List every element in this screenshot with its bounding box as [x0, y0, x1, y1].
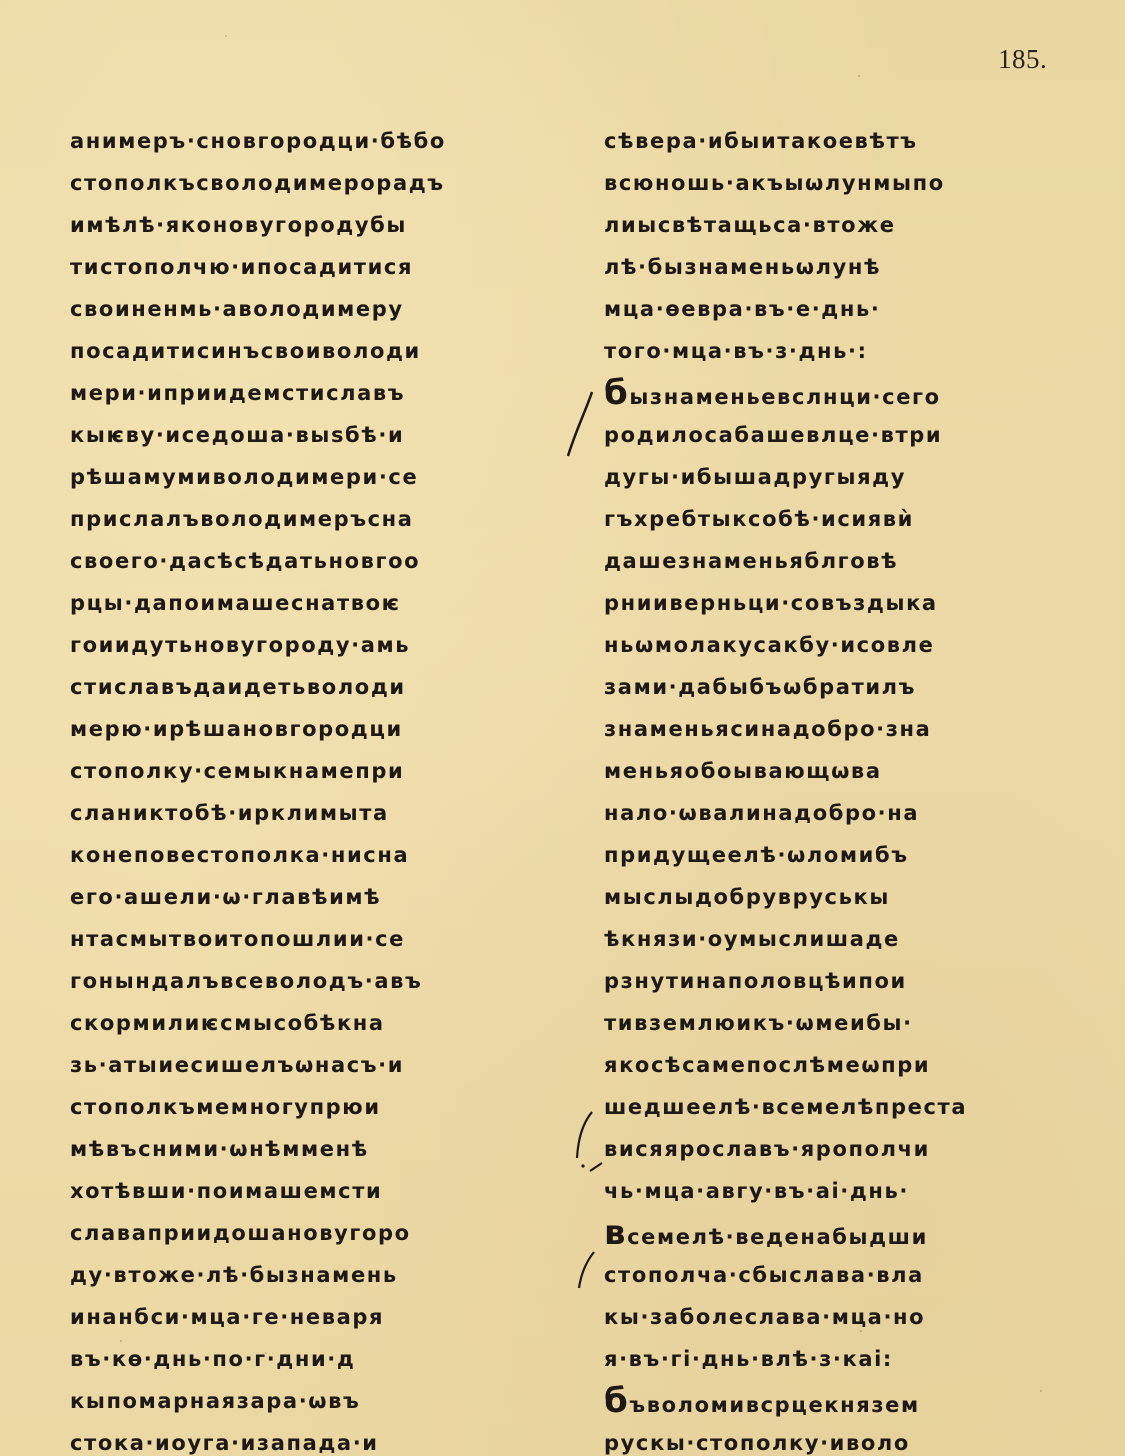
text-line: рѣшамумиволодимери·се: [70, 456, 560, 498]
text-line: нтасмытвоитопошлии·се: [70, 918, 560, 960]
text-line: скормилиѥсмысобѣкна: [70, 1002, 560, 1044]
page-number: 185.: [998, 44, 1047, 75]
text-line: зами·дабыбъѡбратилъ: [604, 666, 1094, 708]
text-line: всюношь·акъыѡлунмыпо: [604, 162, 1094, 204]
text-line: стока·иоуга·изапада·и: [70, 1422, 560, 1456]
text-line: я·въ·гі·днь·влѣ·з·каі:: [604, 1338, 1094, 1380]
paper-speck: [225, 35, 227, 37]
text-line-initial: бызнаменьевслнци·сего: [604, 372, 1094, 414]
text-line: гоиидутьновугороду·амь: [70, 624, 560, 666]
text-line: ду·втоже·лѣ·бызнамень: [70, 1254, 560, 1296]
text-line: стополкъсволодимерорадъ: [70, 162, 560, 204]
text-line: гъхребтыксобѣ·исиявѝ: [604, 498, 1094, 540]
text-line: стополку·семыкнамепри: [70, 750, 560, 792]
text-line: кыѥву·иседоша·выѕбѣ·и: [70, 414, 560, 456]
text-line: шедшеелѣ·всемелѣпреста: [604, 1086, 1094, 1128]
text-line: дашезнаменьяблговѣ: [604, 540, 1094, 582]
text-line: тистополчю·ипосадитися: [70, 246, 560, 288]
text-line: въ·кѳ·днь·по·г·дни·д: [70, 1338, 560, 1380]
text-line: знаменьясинадобро·зна: [604, 708, 1094, 750]
text-line: мыслыдобрувруськы: [604, 876, 1094, 918]
text-line: кы·заболеслава·мца·но: [604, 1296, 1094, 1338]
text-line: кыпомарнаязара·ѡвъ: [70, 1380, 560, 1422]
initial-flourish-icon: [576, 1250, 596, 1290]
text-line: прислалъволодимеръсна: [70, 498, 560, 540]
text-line: зь·атыиесишелъѡнасъ·и: [70, 1044, 560, 1086]
text-line: висяярославъ·ярополчи: [604, 1128, 1094, 1170]
initial-flourish-icon: [566, 390, 596, 460]
text-line: рцы·дапоимашеснатвоѥ: [70, 582, 560, 624]
paper-speck: [860, 1330, 862, 1332]
text-line: славаприидошановугоро: [70, 1212, 560, 1254]
paper-speck: [1040, 1390, 1042, 1392]
text-line: сланиктобѣ·ирклимыта: [70, 792, 560, 834]
text-line: чь·мца·авгу·въ·аі·днь·: [604, 1170, 1094, 1212]
text-line: мери·иприидемстиславъ: [70, 372, 560, 414]
text-line: лиысвѣтащьса·втоже: [604, 204, 1094, 246]
text-line: дугы·ибышадругыяду: [604, 456, 1094, 498]
text-line: сѣвера·ибыитакоевѣтъ: [604, 120, 1094, 162]
text-line: гонындалъвсеволодъ·авъ: [70, 960, 560, 1002]
text-line: ньѡмолакусакбу·исовле: [604, 624, 1094, 666]
text-line: ѣкнязи·оумыслишаде: [604, 918, 1094, 960]
text-line: рнииверньци·совъздыка: [604, 582, 1094, 624]
margin-tick-icon: [580, 1160, 604, 1174]
text-line: рускы·стополку·иволо: [604, 1422, 1094, 1456]
text-line: придущеелѣ·ѡломибъ: [604, 834, 1094, 876]
text-line: своиненмь·аволодимеру: [70, 288, 560, 330]
manuscript-page: 185. анимеръ·сновгородци·бѣбо стополкъсв…: [0, 0, 1125, 1456]
paper-speck: [120, 1340, 122, 1342]
text-line: своего·дасѣсѣдатьновгоо: [70, 540, 560, 582]
text-line: конеповестополка·нисна: [70, 834, 560, 876]
text-line: меньяобоывающѡва: [604, 750, 1094, 792]
right-text-column: сѣвера·ибыитакоевѣтъ всюношь·акъыѡлунмып…: [604, 120, 1094, 1456]
text-line: хотѣвши·поимашемсти: [70, 1170, 560, 1212]
text-line: родилосабашевлце·втри: [604, 414, 1094, 456]
text-line: анимеръ·сновгородци·бѣбо: [70, 120, 560, 162]
text-line: стополча·сбыслава·вла: [604, 1254, 1094, 1296]
text-line: того·мца·въ·з·днь·:: [604, 330, 1094, 372]
text-line: мерю·ирѣшановгородци: [70, 708, 560, 750]
text-line: стиславъдаидетьволоди: [70, 666, 560, 708]
text-line: лѣ·бызнаменьѡлунѣ: [604, 246, 1094, 288]
paper-speck: [265, 1352, 267, 1354]
text-line-initial: всемелѣ·веденабыдши: [604, 1212, 1094, 1254]
text-line: имѣлѣ·яконовугородубы: [70, 204, 560, 246]
text-line: тивземлюикъ·ѡмеибы·: [604, 1002, 1094, 1044]
text-line: якосѣсамепослѣмеѡпри: [604, 1044, 1094, 1086]
text-line: посадитисинъсвоиволоди: [70, 330, 560, 372]
left-text-column: анимеръ·сновгородци·бѣбо стополкъсволоди…: [70, 120, 560, 1456]
text-line: его·ашели·ѡ·главѣимѣ: [70, 876, 560, 918]
text-line: рзнутинаполовцѣипои: [604, 960, 1094, 1002]
text-line: мѣвъсними·ѡнѣмменѣ: [70, 1128, 560, 1170]
paper-speck: [858, 75, 860, 77]
initial-flourish-icon: [574, 1110, 594, 1160]
text-line: инанбси·мца·ге·неваря: [70, 1296, 560, 1338]
text-line: мца·ѳевра·въ·е·днь·: [604, 288, 1094, 330]
text-line-initial: бъволомивсрцекнязем: [604, 1380, 1094, 1422]
text-line: нало·ѡвалинадобро·на: [604, 792, 1094, 834]
text-line: стополкъмемногупрюи: [70, 1086, 560, 1128]
